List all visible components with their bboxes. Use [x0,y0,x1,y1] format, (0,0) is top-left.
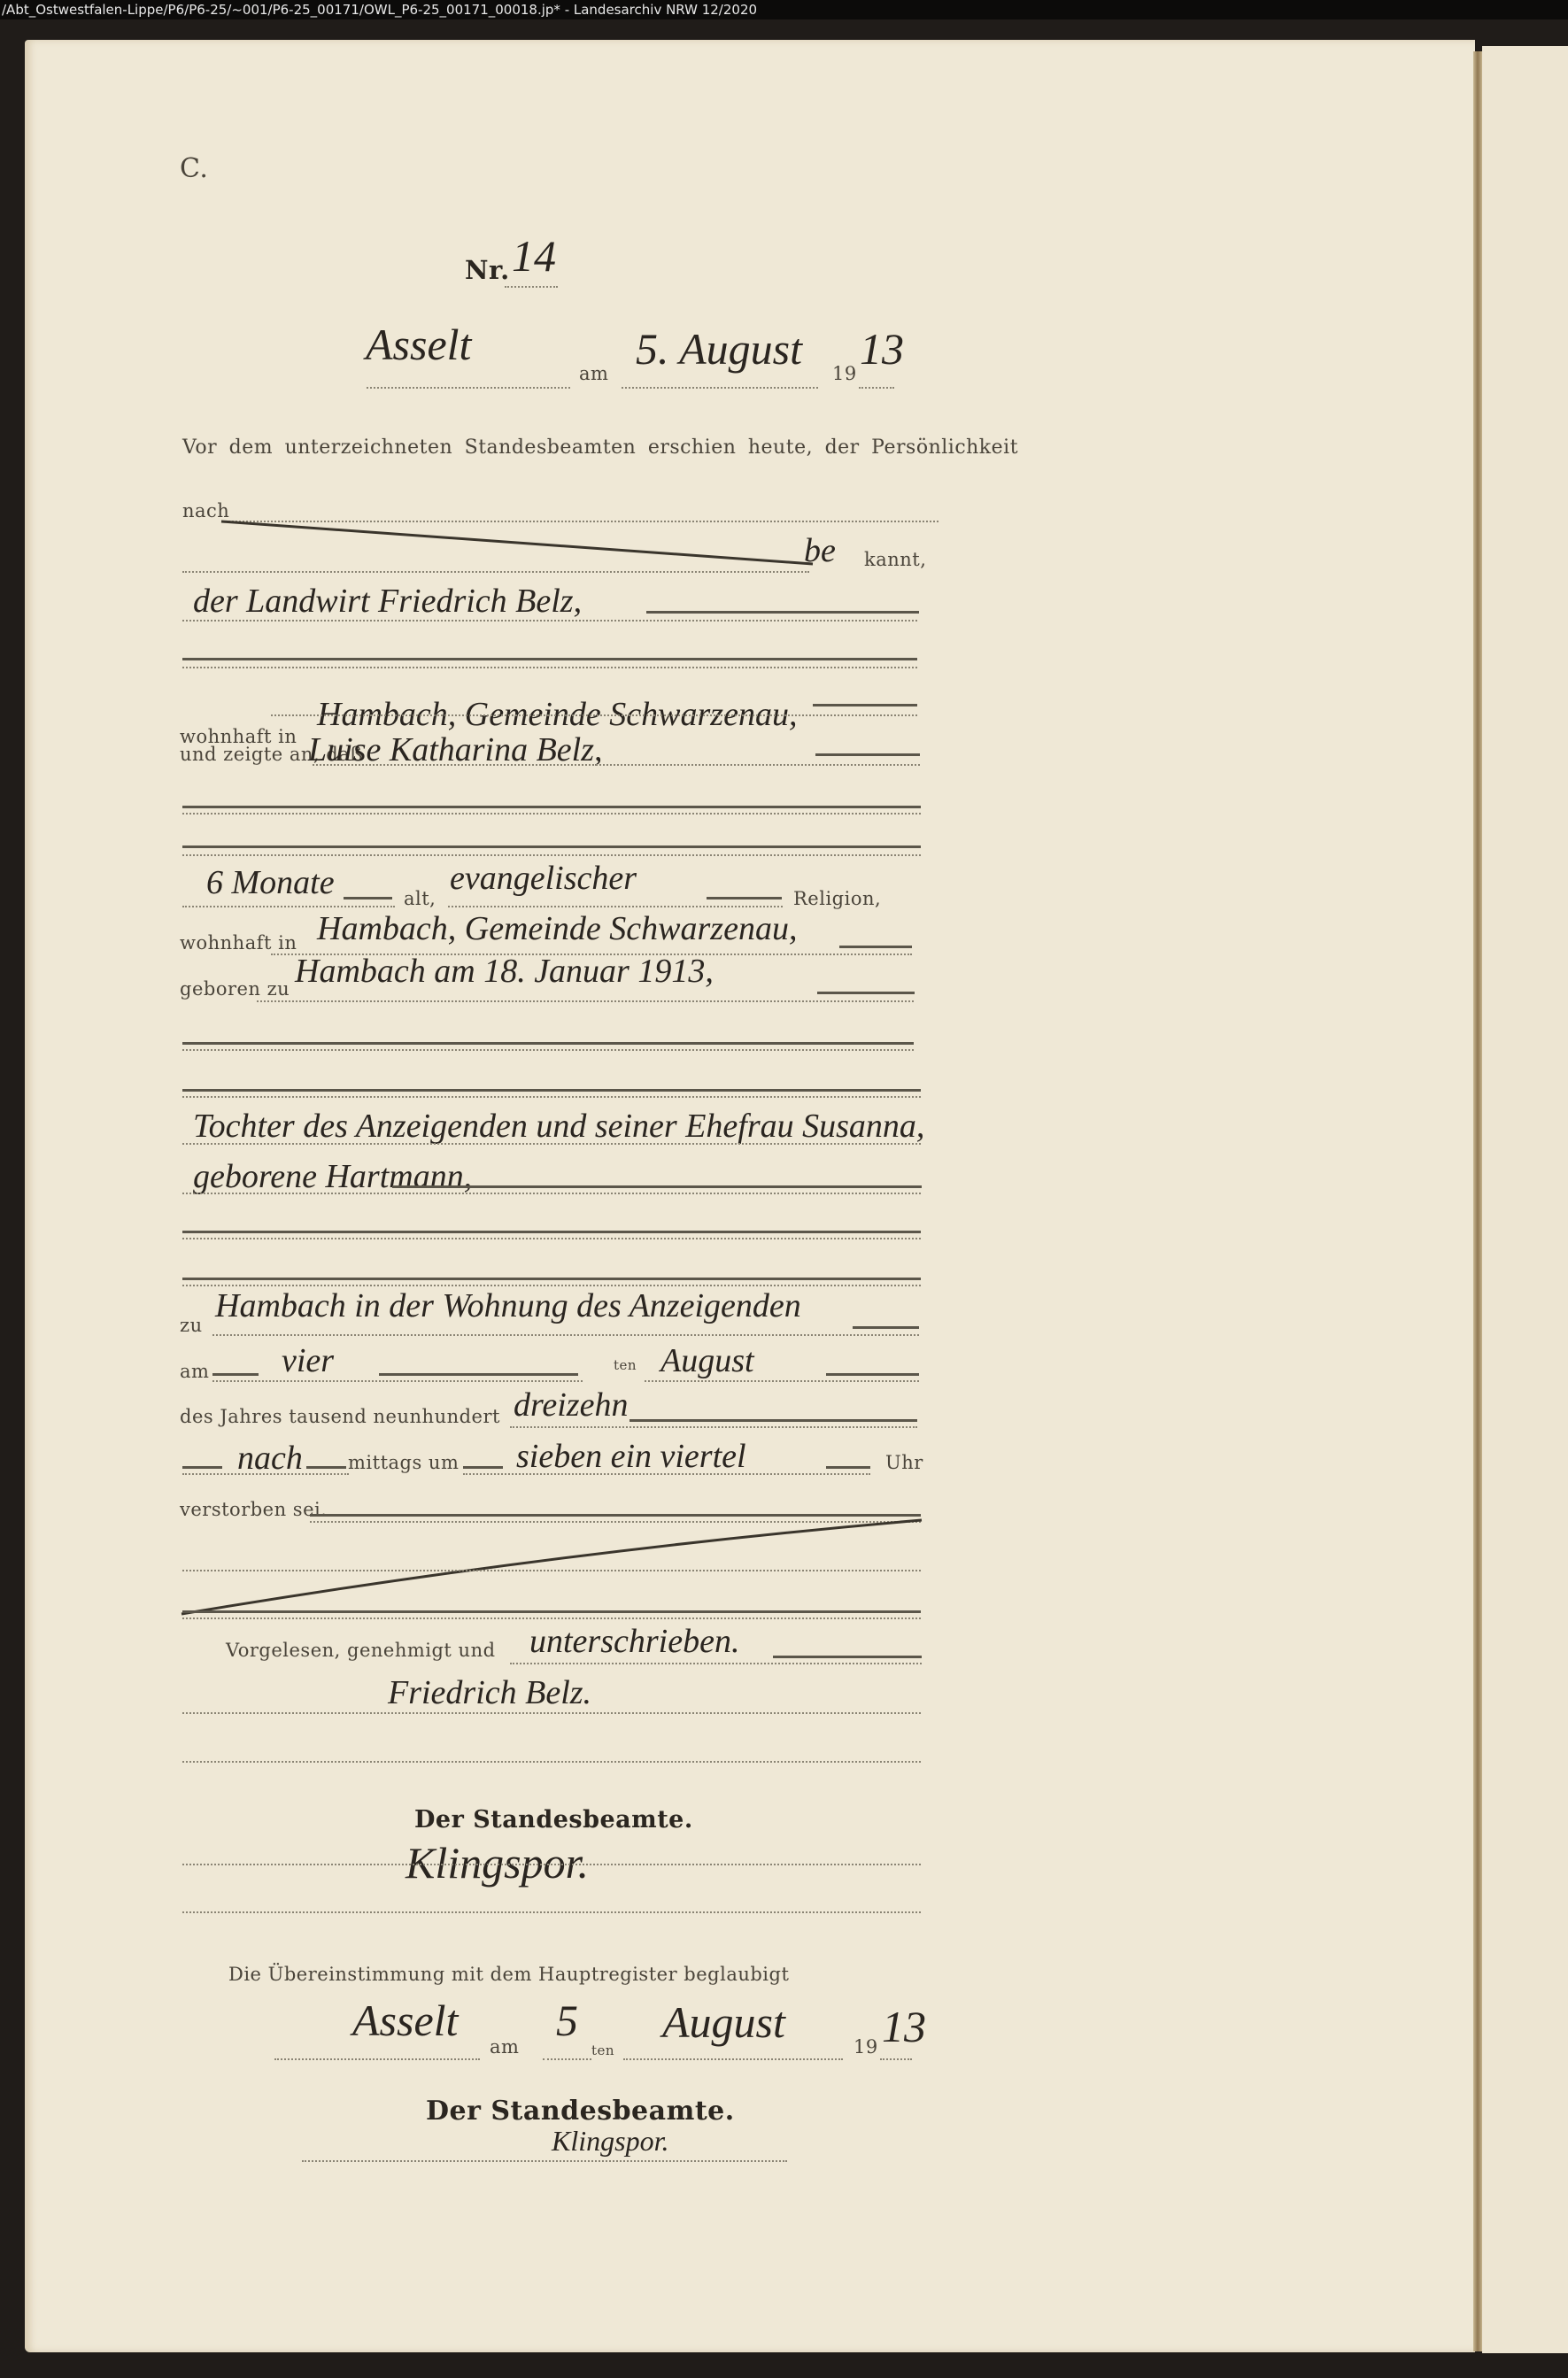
blank-rule [182,845,921,848]
religion-line [448,906,783,907]
verstorben-line [310,1521,921,1523]
religion-value: evangelischer [450,859,637,898]
time-pre-rule [463,1466,503,1469]
age-value: 6 Monate [206,863,335,902]
daypart-fill-rule [306,1466,346,1469]
number-label: Nr. [465,255,510,285]
cert-year-line [880,2058,912,2060]
declarant-line-2 [182,667,917,668]
deceased-residence-label: wohnhaft in [180,932,297,954]
register-page: C. Nr. 14 Asselt am 5. August 19 13 Vor … [25,40,1475,2352]
birth-line [257,1000,914,1002]
signed-word: unterschrieben. [529,1622,739,1661]
window-title: /Abt_Ostwestfalen-Lippe/P6/P6-25/~001/P6… [2,2,757,18]
born-label: geboren zu [180,978,290,1000]
signed-fill-rule [773,1656,922,1658]
registrar-signature: Klingspor. [406,1837,589,1888]
read-label: Vorgelesen, genehmigt und [226,1640,496,1661]
declarant-fill-rule [646,611,919,614]
deceased-rule-2 [182,806,921,808]
verstorben-rule-3 [182,1610,921,1613]
parents-line-1: Tochter des Anzeigenden und seiner Ehefr… [193,1107,924,1146]
parents-fill-rule [392,1185,922,1188]
date-value: 5. August [636,323,802,374]
nach-line-2 [182,571,809,573]
cert-day: 5 [556,1995,578,2046]
birth-rule-2 [182,1042,914,1045]
residence-line [271,714,917,716]
registrar-line [182,1864,921,1865]
birth-info: Hambach am 18. Januar 1913, [295,952,714,991]
verstorben-line-3 [182,1618,921,1619]
ten-label: ten [614,1357,637,1373]
deceased-line [313,764,920,766]
birth-fill-rule [817,992,915,994]
cert-registrar-signature: Klingspor. [552,2125,668,2158]
death-day-line [212,1380,583,1382]
death-am-label: am [180,1361,209,1382]
year-line [859,387,894,389]
death-year-line [510,1426,917,1428]
death-month: August [660,1341,754,1380]
window-title-bar: /Abt_Ostwestfalen-Lippe/P6/P6-25/~001/P6… [0,0,1568,19]
cert-month-line [623,2058,843,2060]
time-words: sieben ein viertel [516,1437,746,1476]
cert-year-prefix: 19 [854,2036,878,2058]
parents-line-1-rule [182,1143,921,1145]
place-line [367,387,570,389]
deceased-fill-rule [815,753,920,756]
declarant-signature-line-2 [182,1761,921,1763]
verstorben-fill-rule [310,1514,921,1517]
mittags-label: mittags um [348,1452,459,1473]
am-label: am [579,363,608,384]
year-text-label: des Jahres tausend neunhundert [180,1406,500,1427]
number-value: 14 [512,230,556,282]
cert-registrar-line [302,2160,787,2162]
signed-line [510,1663,922,1664]
date-line [622,387,818,389]
facing-page-edge [1482,46,1568,2353]
declarant-rule-2 [182,658,917,660]
parents-top-line [182,1096,921,1098]
cert-month: August [662,1996,785,2048]
place-value: Asselt [366,319,471,370]
death-place-line [212,1334,919,1336]
daypart-pre-rule [182,1466,222,1469]
declarant-signature-line [182,1712,921,1714]
deceased-residence: Hambach, Gemeinde Schwarzenau, [317,909,797,948]
known-hand: be [804,531,836,570]
deceased-residence-fill-rule [839,946,912,948]
religion-label: Religion, [793,888,881,909]
age-line [182,906,395,907]
book-gutter [1473,51,1482,2351]
registrar-heading: Der Standesbeamte. [414,1806,693,1834]
known-label: kannt, [864,549,926,570]
cert-registrar-heading: Der Standesbeamte. [426,2096,735,2127]
death-year-words: dreizehn [514,1386,628,1424]
parents-line-2: geborene Hartmann, [193,1157,472,1196]
cert-am-label: am [490,2036,519,2058]
verstorben-label: verstorben sei. [180,1499,327,1520]
parents-line-2-rule [182,1193,921,1194]
religion-fill-rule [707,897,782,899]
residence-fill-rule [813,704,917,706]
time-fill-rule [826,1466,870,1469]
declarant-value: der Landwirt Friedrich Belz, [193,582,582,621]
death-month-fill-rule [826,1373,919,1376]
alt-label: alt, [404,888,436,909]
cert-place: Asselt [352,1995,458,2046]
blank-line [182,854,921,856]
death-day-pre-rule [212,1373,259,1376]
cert-place-line [274,2058,480,2060]
parents-top-rule [182,1089,921,1092]
death-year-fill-rule [630,1419,917,1422]
death-day-fill-rule [379,1373,578,1376]
strike-line-verstorben [180,1517,928,1618]
death-month-line [645,1380,919,1382]
certification-text: Die Übereinstimmung mit dem Hauptregiste… [228,1964,789,1985]
verstorben-line-2 [182,1570,921,1571]
intro-text: Vor dem unterzeichneten Standesbeamten e… [182,436,1018,459]
year-suffix: 13 [860,323,904,374]
parents-line-3 [182,1238,921,1239]
daypart-line [182,1473,349,1475]
death-place: Hambach in der Wohnung des Anzeigenden [215,1286,801,1325]
cert-day-line [543,2058,591,2060]
death-day: vier [282,1341,334,1380]
deceased-line-2 [182,813,921,815]
nach-line [221,521,938,522]
age-fill-rule [344,897,392,899]
place-top-rule [182,1278,921,1280]
birth-line-2 [182,1049,914,1051]
declarant-signature: Friedrich Belz. [388,1673,591,1712]
registrar-line-2 [182,1911,921,1913]
cert-ten-label: ten [591,2042,614,2058]
year-prefix: 19 [832,363,857,384]
daypart-value: nach [237,1439,303,1478]
parents-rule-3 [182,1231,921,1233]
strike-line-nach [220,518,822,571]
zu-label: zu [180,1315,203,1336]
time-line [463,1473,870,1475]
nach-label: nach [182,500,229,521]
number-line [505,286,558,288]
cert-year-suffix: 13 [882,2001,926,2052]
uhr-label: Uhr [885,1452,923,1473]
series-letter: C. [180,153,208,184]
death-place-fill-rule [853,1326,919,1329]
declarant-line [182,620,917,622]
